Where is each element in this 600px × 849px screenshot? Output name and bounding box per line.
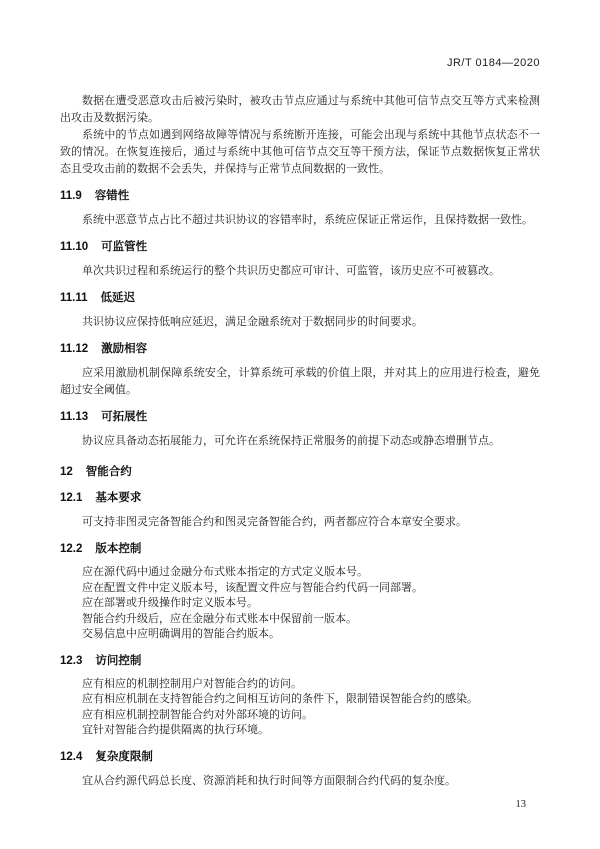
section-number: 12.3 bbox=[60, 655, 82, 667]
section-paragraph: 智能合约升级后，应在金融分布式账本中保留前一版本。 bbox=[60, 612, 540, 628]
intro-block: 数据在遭受恶意攻击后被污染时，被攻击节点应通过与系统中其他可信节点交互等方式来检… bbox=[60, 93, 540, 178]
section-number: 11.9 bbox=[60, 190, 82, 202]
section-number: 11.12 bbox=[60, 343, 88, 355]
chapter-heading: 12智能合约 bbox=[60, 464, 540, 480]
section-title: 复杂度限制 bbox=[95, 751, 153, 763]
section-number: 12.1 bbox=[60, 492, 82, 504]
section-11-12: 11.12激励相容 应采用激励机制保障系统安全，计算系统可承载的价值上限，并对其… bbox=[60, 341, 540, 399]
section-title: 访问控制 bbox=[95, 655, 141, 667]
section-heading: 11.11低延迟 bbox=[60, 290, 540, 306]
section-number: 12 bbox=[60, 466, 73, 478]
section-11-11: 11.11低延迟 共识协议应保持低响应延迟，满足金融系统对于数据同步的时间要求。 bbox=[60, 290, 540, 331]
section-title: 版本控制 bbox=[95, 543, 141, 555]
section-paragraph: 应在配置文件中定义版本号，该配置文件应与智能合约代码一同部署。 bbox=[60, 581, 540, 597]
section-heading: 11.10可监管性 bbox=[60, 239, 540, 255]
section-paragraph: 应在部署或升级操作时定义版本号。 bbox=[60, 596, 540, 612]
section-paragraph: 应有相应的机制控制用户对智能合约的访问。 bbox=[60, 677, 540, 693]
section-heading: 12.1基本要求 bbox=[60, 490, 540, 506]
section-heading: 11.12激励相容 bbox=[60, 341, 540, 357]
section-title: 可拓展性 bbox=[101, 411, 147, 423]
section-title: 容错性 bbox=[95, 190, 130, 202]
section-paragraph: 应有相应机制控制智能合约对外部环境的访问。 bbox=[60, 708, 540, 724]
section-paragraph: 交易信息中应明确调用的智能合约版本。 bbox=[60, 627, 540, 643]
section-heading: 11.13可拓展性 bbox=[60, 409, 540, 425]
section-number: 11.11 bbox=[60, 292, 88, 304]
page-number: 13 bbox=[60, 799, 540, 810]
section-heading: 12.3访问控制 bbox=[60, 653, 540, 669]
section-paragraph: 宜从合约源代码总长度、资源消耗和执行时间等方面限制合约代码的复杂度。 bbox=[60, 773, 540, 790]
section-number: 11.10 bbox=[60, 241, 88, 253]
section-11-10: 11.10可监管性 单次共识过程和系统运行的整个共识历史都应可审计、可监管，该历… bbox=[60, 239, 540, 280]
section-12-4: 12.4复杂度限制 宜从合约源代码总长度、资源消耗和执行时间等方面限制合约代码的… bbox=[60, 749, 540, 790]
section-12-3: 12.3访问控制 应有相应的机制控制用户对智能合约的访问。 应有相应机制在支持智… bbox=[60, 653, 540, 739]
section-12-2: 12.2版本控制 应在源代码中通过金融分布式账本指定的方式定义版本号。 应在配置… bbox=[60, 541, 540, 643]
document-page: JR/T 0184—2020 数据在遭受恶意攻击后被污染时，被攻击节点应通过与系… bbox=[0, 0, 600, 849]
section-heading: 11.9容错性 bbox=[60, 188, 540, 204]
section-title: 可监管性 bbox=[101, 241, 147, 253]
section-paragraph: 单次共识过程和系统运行的整个共识历史都应可审计、可监管，该历史应不可被篡改。 bbox=[60, 263, 540, 280]
section-paragraph: 应采用激励机制保障系统安全，计算系统可承载的价值上限，并对其上的应用进行检查，避… bbox=[60, 365, 540, 399]
section-title: 低延迟 bbox=[101, 292, 136, 304]
section-paragraph: 宜针对智能合约提供隔离的执行环境。 bbox=[60, 723, 540, 739]
section-number: 11.13 bbox=[60, 411, 88, 423]
section-paragraph: 系统中恶意节点占比不超过共识协议的容错率时，系统应保证正常运作，且保持数据一致性… bbox=[60, 212, 540, 229]
section-paragraph: 共识协议应保持低响应延迟，满足金融系统对于数据同步的时间要求。 bbox=[60, 314, 540, 331]
section-title: 激励相容 bbox=[101, 343, 147, 355]
section-number: 12.2 bbox=[60, 543, 82, 555]
section-paragraph: 应在源代码中通过金融分布式账本指定的方式定义版本号。 bbox=[60, 565, 540, 581]
section-paragraph: 可支持非图灵完备智能合约和图灵完备智能合约，两者都应符合本章安全要求。 bbox=[60, 514, 540, 531]
section-paragraph: 协议应具备动态拓展能力，可允许在系统保持正常服务的前提下动态或静态增删节点。 bbox=[60, 433, 540, 450]
intro-paragraph: 数据在遭受恶意攻击后被污染时，被攻击节点应通过与系统中其他可信节点交互等方式来检… bbox=[60, 93, 540, 127]
section-12-1: 12.1基本要求 可支持非图灵完备智能合约和图灵完备智能合约，两者都应符合本章安… bbox=[60, 490, 540, 531]
section-11-13: 11.13可拓展性 协议应具备动态拓展能力，可允许在系统保持正常服务的前提下动态… bbox=[60, 409, 540, 450]
section-title: 智能合约 bbox=[86, 466, 132, 478]
section-number: 12.4 bbox=[60, 751, 82, 763]
intro-paragraph: 系统中的节点如遇到网络故障等情况与系统断开连接，可能会出现与系统中其他节点状态不… bbox=[60, 127, 540, 178]
section-11-9: 11.9容错性 系统中恶意节点占比不超过共识协议的容错率时，系统应保证正常运作，… bbox=[60, 188, 540, 229]
section-paragraph: 应有相应机制在支持智能合约之间相互访问的条件下，限制错误智能合约的感染。 bbox=[60, 692, 540, 708]
doc-number-header: JR/T 0184—2020 bbox=[60, 57, 540, 69]
section-title: 基本要求 bbox=[95, 492, 141, 504]
section-heading: 12.2版本控制 bbox=[60, 541, 540, 557]
section-heading: 12.4复杂度限制 bbox=[60, 749, 540, 765]
chapter-12: 12智能合约 bbox=[60, 464, 540, 480]
